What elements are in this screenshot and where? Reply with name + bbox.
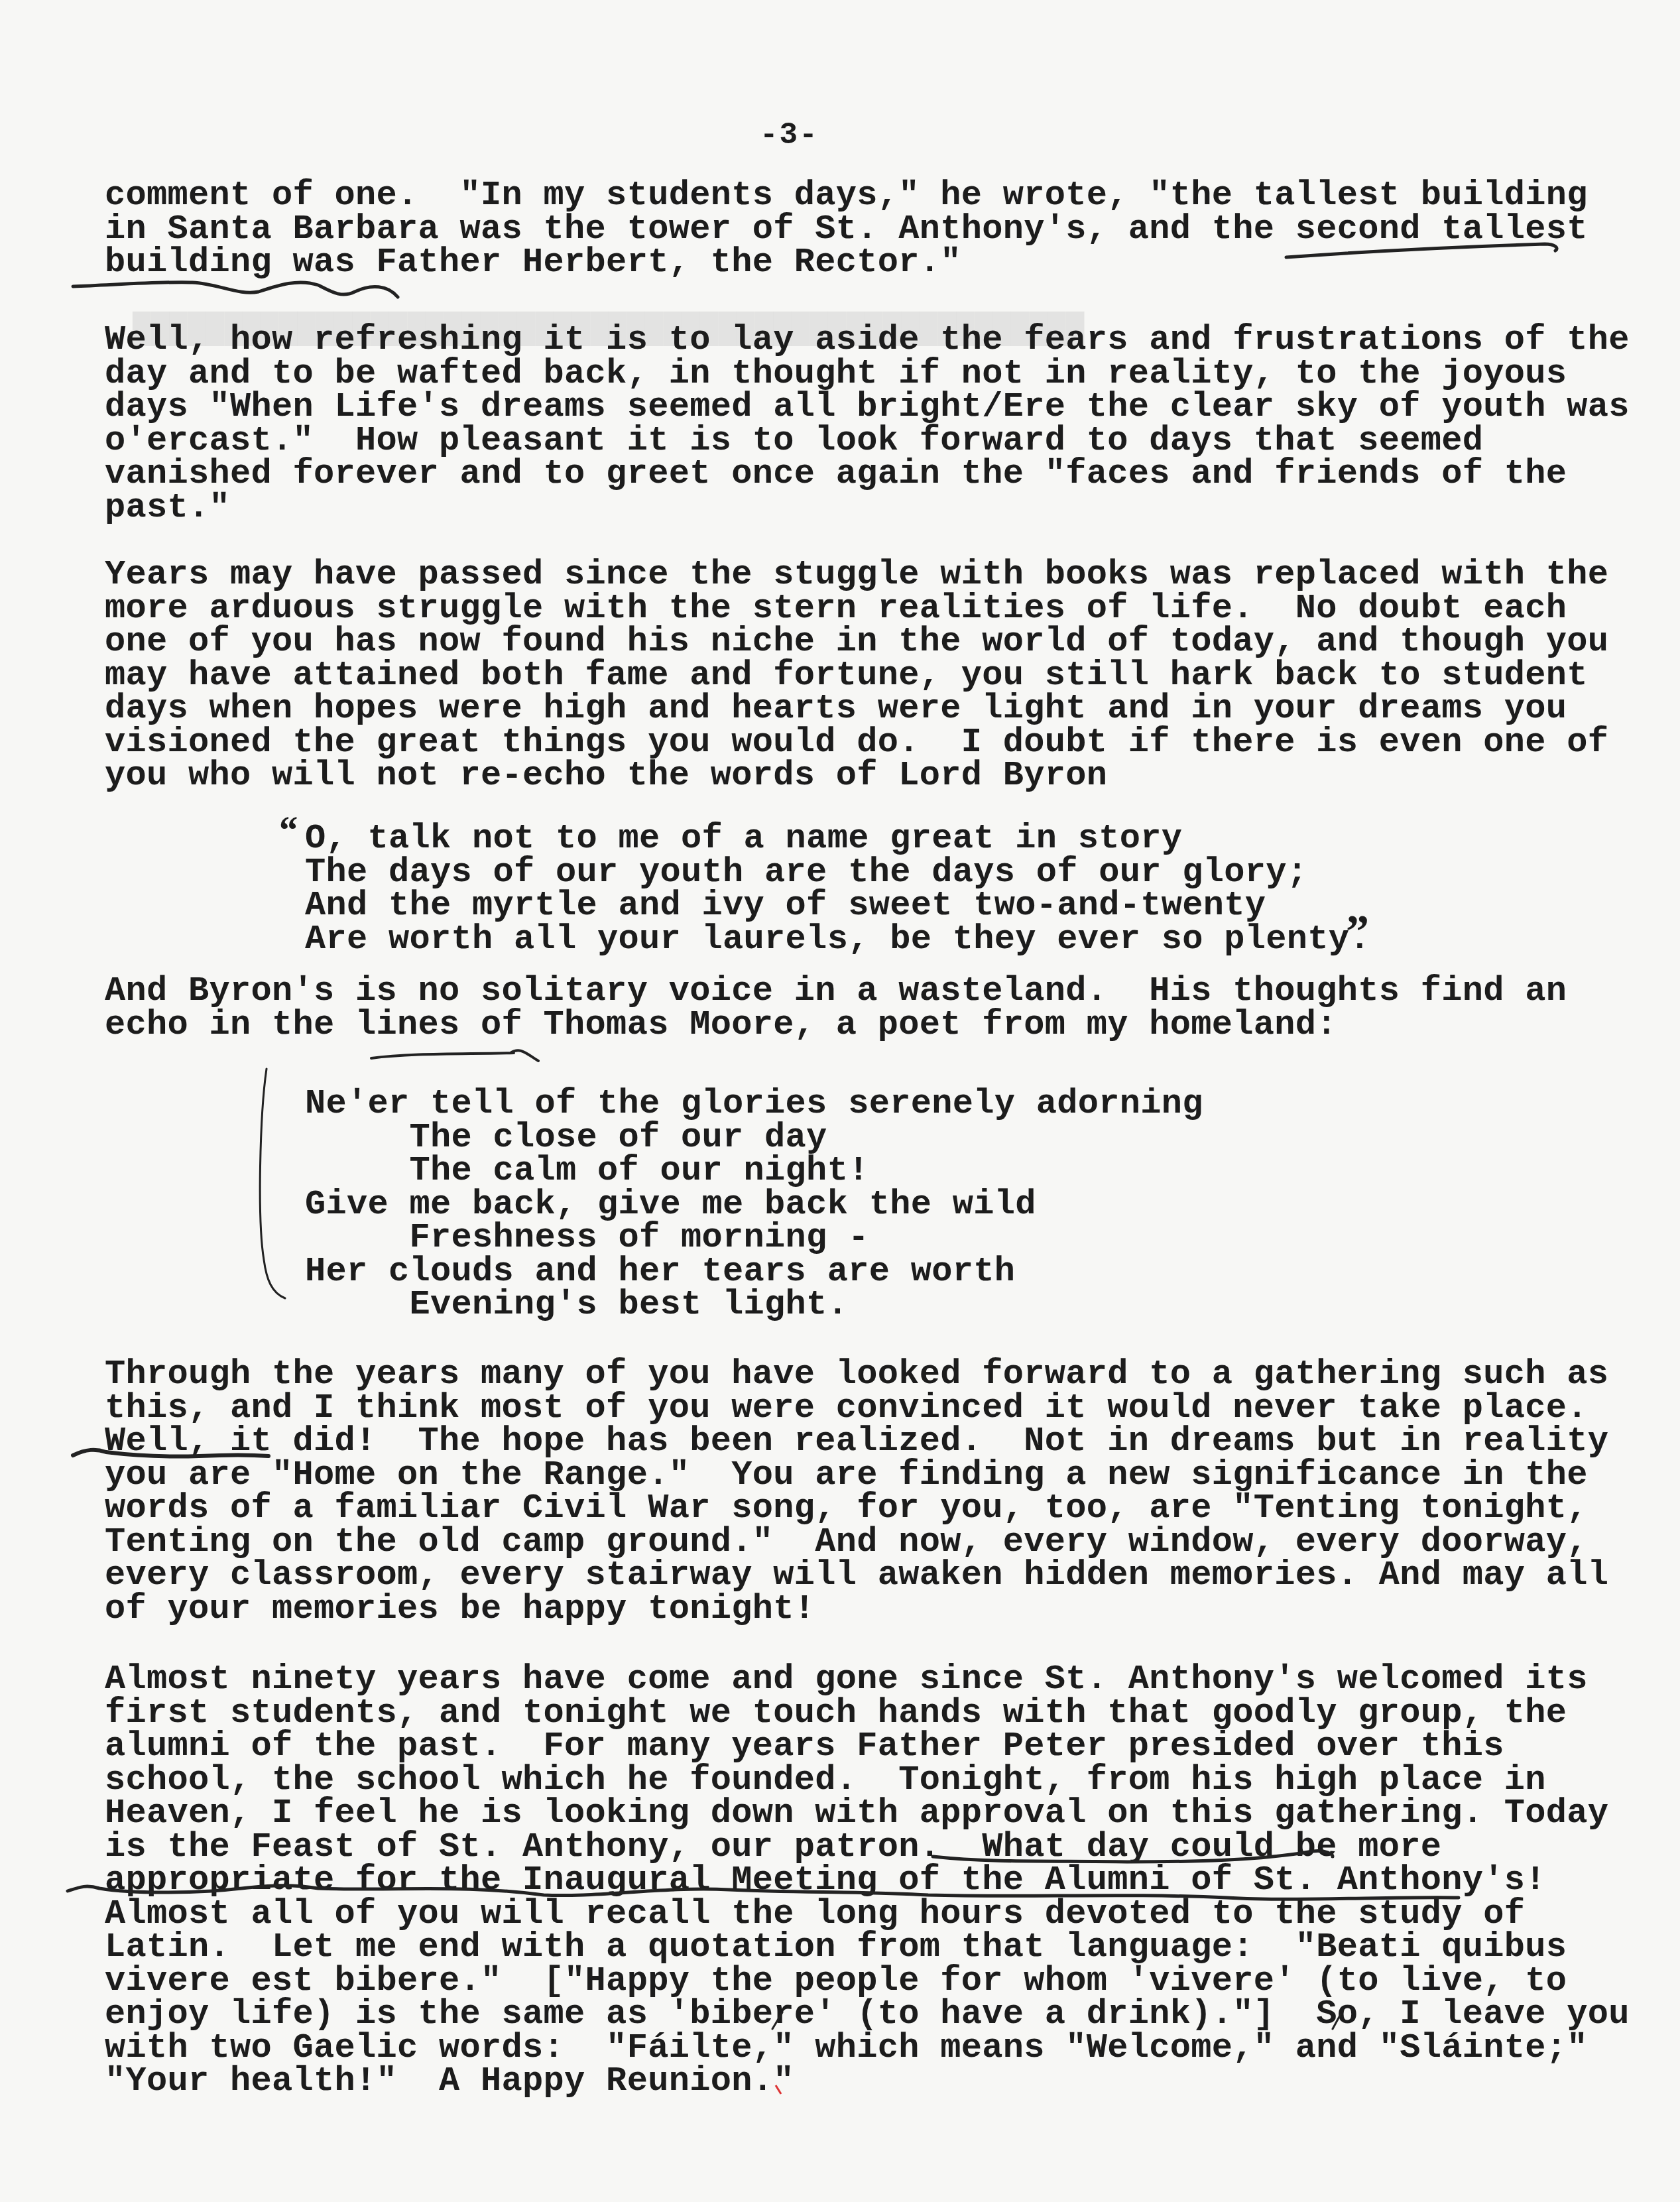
text-line: every classroom, every stairway will awa…	[105, 1559, 1608, 1593]
text-line: school, the school which he founded. Ton…	[105, 1764, 1630, 1798]
byron-verse: O, talk not to me of a name great in sto…	[305, 822, 1370, 956]
text-line: Tenting on the old camp ground." And now…	[105, 1526, 1608, 1560]
text-line: Through the years many of you have looke…	[105, 1358, 1608, 1392]
paragraph-5: Through the years many of you have looke…	[105, 1358, 1608, 1626]
underline-thomas-moore	[371, 1050, 538, 1061]
paragraph-4: And Byron's is no solitary voice in a wa…	[105, 975, 1567, 1042]
text-line: days when hopes were high and hearts wer…	[105, 692, 1608, 726]
text-line: words of a familiar Civil War song, for …	[105, 1492, 1608, 1526]
text-line: alumni of the past. For many years Fathe…	[105, 1730, 1630, 1764]
text-line: you are "Home on the Range." You are fin…	[105, 1459, 1608, 1493]
paragraph-1: comment of one. "In my students days," h…	[105, 179, 1588, 280]
text-line: appropriate for the Inaugural Meeting of…	[105, 1864, 1630, 1898]
text-line: more arduous struggle with the stern rea…	[105, 592, 1608, 626]
page-number: -3-	[760, 118, 819, 153]
text-line: day and to be wafted back, in thought if…	[105, 357, 1630, 391]
text-line: first students, and tonight we touch han…	[105, 1697, 1630, 1731]
text-line: o'ercast." How pleasant it is to look fo…	[105, 424, 1630, 458]
text-line: comment of one. "In my students days," h…	[105, 179, 1588, 213]
text-line: Her clouds and her tears are worth	[305, 1255, 1203, 1289]
text-line: Years may have passed since the stuggle …	[105, 558, 1608, 592]
text-line: days "When Life's dreams seemed all brig…	[105, 391, 1630, 424]
paragraph-2: Well, how refreshing it is to lay aside …	[105, 324, 1630, 524]
text-line: vivere est bibere." ["Happy the people f…	[105, 1965, 1630, 1998]
underline-father-herbert	[73, 282, 398, 297]
text-line: past."	[105, 491, 1630, 525]
text-line: The close of our day	[305, 1121, 1203, 1155]
text-line: The days of our youth are the days of ou…	[305, 856, 1370, 890]
text-line: is the Feast of St. Anthony, our patron.…	[105, 1831, 1630, 1865]
text-line: may have attained both fame and fortune,…	[105, 659, 1608, 693]
text-line: with two Gaelic words: "Fáilte," which m…	[105, 2032, 1630, 2065]
text-line: "Your health!" A Happy Reunion."	[105, 2065, 1630, 2099]
text-line: Give me back, give me back the wild	[305, 1188, 1203, 1222]
text-line: of your memories be happy tonight!	[105, 1593, 1608, 1626]
text-line: Latin. Let me end with a quotation from …	[105, 1931, 1630, 1965]
document-page: ████████████████████████████████████████…	[0, 0, 1680, 2202]
text-line: Well, how refreshing it is to lay aside …	[105, 324, 1630, 357]
text-line: Ne'er tell of the glories serenely adorn…	[305, 1087, 1203, 1121]
text-line: Well, it did! The hope has been realized…	[105, 1425, 1608, 1459]
text-line: And the myrtle and ivy of sweet two-and-…	[305, 889, 1370, 923]
byron-open-quote: “	[277, 808, 297, 853]
text-line: enjoy life) is the same as 'bibere' (to …	[105, 1998, 1630, 2032]
moore-verse: Ne'er tell of the glories serenely adorn…	[305, 1087, 1203, 1322]
text-line: one of you has now found his niche in th…	[105, 625, 1608, 659]
text-line: Are worth all your laurels, be they ever…	[305, 923, 1370, 957]
text-line: vanished forever and to greet once again…	[105, 458, 1630, 491]
text-line: O, talk not to me of a name great in sto…	[305, 822, 1370, 856]
paragraph-3: Years may have passed since the stuggle …	[105, 558, 1608, 793]
text-line: building was Father Herbert, the Rector.…	[105, 246, 1588, 280]
text-line: Heaven, I feel he is looking down with a…	[105, 1797, 1630, 1831]
text-line: Almost ninety years have come and gone s…	[105, 1663, 1630, 1697]
text-line: And Byron's is no solitary voice in a wa…	[105, 975, 1567, 1009]
paragraph-6: Almost ninety years have come and gone s…	[105, 1663, 1630, 2099]
text-line: Almost all of you will recall the long h…	[105, 1898, 1630, 1931]
text-line: echo in the lines of Thomas Moore, a poe…	[105, 1009, 1567, 1042]
text-line: visioned the great things you would do. …	[105, 726, 1608, 760]
bracket-moore-verse	[260, 1069, 285, 1298]
text-line: The calm of our night!	[305, 1154, 1203, 1188]
text-line: Freshness of morning -	[305, 1221, 1203, 1255]
text-line: Evening's best light.	[305, 1288, 1203, 1322]
text-line: you who will not re-echo the words of Lo…	[105, 759, 1608, 793]
text-line: this, and I think most of you were convi…	[105, 1392, 1608, 1426]
byron-close-quote: ”	[1346, 906, 1369, 959]
text-line: in Santa Barbara was the tower of St. An…	[105, 213, 1588, 247]
